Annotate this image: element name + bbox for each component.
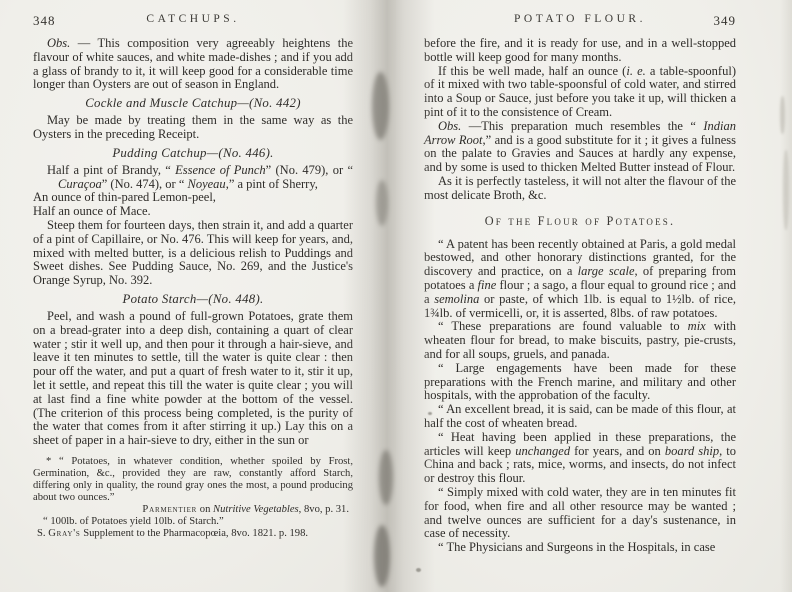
large-scale-label: large scale — [578, 264, 635, 278]
cockle-paragraph: May be made by treating them in the same… — [33, 114, 353, 142]
bread-paragraph: “ An excellent bread, it is said, can be… — [424, 403, 736, 431]
book-scan: 348 CATCHUPS. Obs. — This composition ve… — [0, 0, 792, 592]
ingredient-item-mace: Half an ounce of Mace. — [33, 205, 353, 219]
right-running-head: POTATO FLOUR. — [424, 13, 736, 25]
text-segment: ” (No. 479), or “ — [266, 163, 353, 177]
footnote-attribution-parmentier: Parmentier on Nutritive Vegetables, 8vo,… — [33, 504, 353, 516]
footnote-yield: “ 100lb. of Potatoes yield 10lb. of Star… — [33, 516, 353, 528]
unchanged-label: unchanged — [515, 444, 570, 458]
footnote-gray-supplement: S. Gray's Supplement to the Pharmacopœia… — [33, 528, 353, 540]
right-running-head-row: POTATO FLOUR. 349 — [424, 13, 736, 29]
text-segment: S. — [37, 528, 48, 539]
left-page: 348 CATCHUPS. Obs. — This composition ve… — [0, 0, 396, 592]
curacoa-label: Curaçoa — [58, 177, 102, 191]
heading-pudding-catchup: Pudding Catchup—(No. 446). — [33, 146, 353, 161]
text-segment: —This preparation much resembles the “ — [461, 119, 703, 133]
mix-label: mix — [688, 319, 706, 333]
text-segment: ,” a pint of Sherry, — [226, 177, 318, 191]
left-page-number: 348 — [33, 13, 56, 29]
parmentier-name: Parmentier — [142, 504, 197, 515]
mix-paragraph: “ These preparations are found valuable … — [424, 320, 736, 361]
left-text-column: Obs. — This composition very agreeably h… — [33, 37, 353, 541]
heading-potato-starch: Potato Starch—(No. 448). — [33, 292, 353, 307]
right-page-number: 349 — [714, 13, 737, 29]
text-segment: “ These preparations are found valuable … — [438, 319, 688, 333]
text-segment: ” (No. 474), or “ — [102, 177, 188, 191]
text-segment: — This composition very agreeably height… — [33, 36, 353, 91]
ie-label: i. e. — [626, 64, 645, 78]
obs-label: Obs. — [47, 36, 70, 50]
text-segment: , 8vo, p. 31. — [299, 504, 349, 515]
cold-water-paragraph: “ Simply mixed with cold water, they are… — [424, 486, 736, 541]
fine-label: fine — [478, 278, 497, 292]
noyeau-label: Noyeau — [188, 177, 226, 191]
essence-of-punch-label: Essence of Punch — [175, 163, 266, 177]
potato-starch-paragraph: Peel, and wash a pound of full-grown Pot… — [33, 310, 353, 448]
heat-paragraph: “ Heat having been applied in these prep… — [424, 431, 736, 486]
obs-paragraph-right: Obs. —This preparation much resembles th… — [424, 120, 736, 175]
physicians-paragraph: “ The Physicians and Surgeons in the Hos… — [424, 541, 736, 555]
heading-flour-of-potatoes: Of the Flour of Potatoes. — [424, 214, 736, 229]
tasteless-paragraph: As it is perfectly tasteless, it will no… — [424, 175, 736, 203]
obs-paragraph: Obs. — This composition very agreeably h… — [33, 37, 353, 92]
text-segment: Supplement to the Pharmacopœia, 8vo. 182… — [81, 528, 308, 539]
nutritive-vegetables-title: Nutritive Vegetables — [213, 504, 299, 515]
gray-name: Gray's — [48, 528, 80, 539]
text-segment: on — [197, 504, 213, 515]
patent-paragraph: “ A patent has been recently obtained at… — [424, 238, 736, 321]
board-ship-label: board ship — [665, 444, 719, 458]
heading-cockle-muscle-catchup: Cockle and Muscle Catchup—(No. 442) — [33, 96, 353, 111]
text-segment: Half a pint of Brandy, “ — [47, 163, 175, 177]
semolina-label: semolina — [434, 292, 479, 306]
obs-label: Obs. — [438, 119, 461, 133]
before-fire-paragraph: before the fire, and it is ready for use… — [424, 37, 736, 65]
right-page: POTATO FLOUR. 349 before the fire, and i… — [396, 0, 792, 592]
left-running-head-row: 348 CATCHUPS. — [33, 13, 353, 29]
left-running-head: CATCHUPS. — [33, 13, 353, 25]
well-made-paragraph: If this be well made, half an ounce (i. … — [424, 65, 736, 120]
footnote-potatoes: * “ Potatoes, in whatever condition, whe… — [33, 456, 353, 504]
ingredient-item-brandy: Half a pint of Brandy, “ Essence of Punc… — [33, 164, 353, 192]
text-segment: If this be well made, half an ounce ( — [438, 64, 626, 78]
steep-paragraph: Steep them for fourteen days, then strai… — [33, 219, 353, 288]
engagements-paragraph: “ Large engagements have been made for t… — [424, 362, 736, 403]
ingredient-item-lemon-peel: An ounce of thin-pared Lemon-peel, — [33, 191, 353, 205]
text-segment: for years, and on — [570, 444, 665, 458]
left-footnotes: * “ Potatoes, in whatever condition, whe… — [33, 456, 353, 541]
right-text-column: before the fire, and it is ready for use… — [424, 37, 736, 555]
